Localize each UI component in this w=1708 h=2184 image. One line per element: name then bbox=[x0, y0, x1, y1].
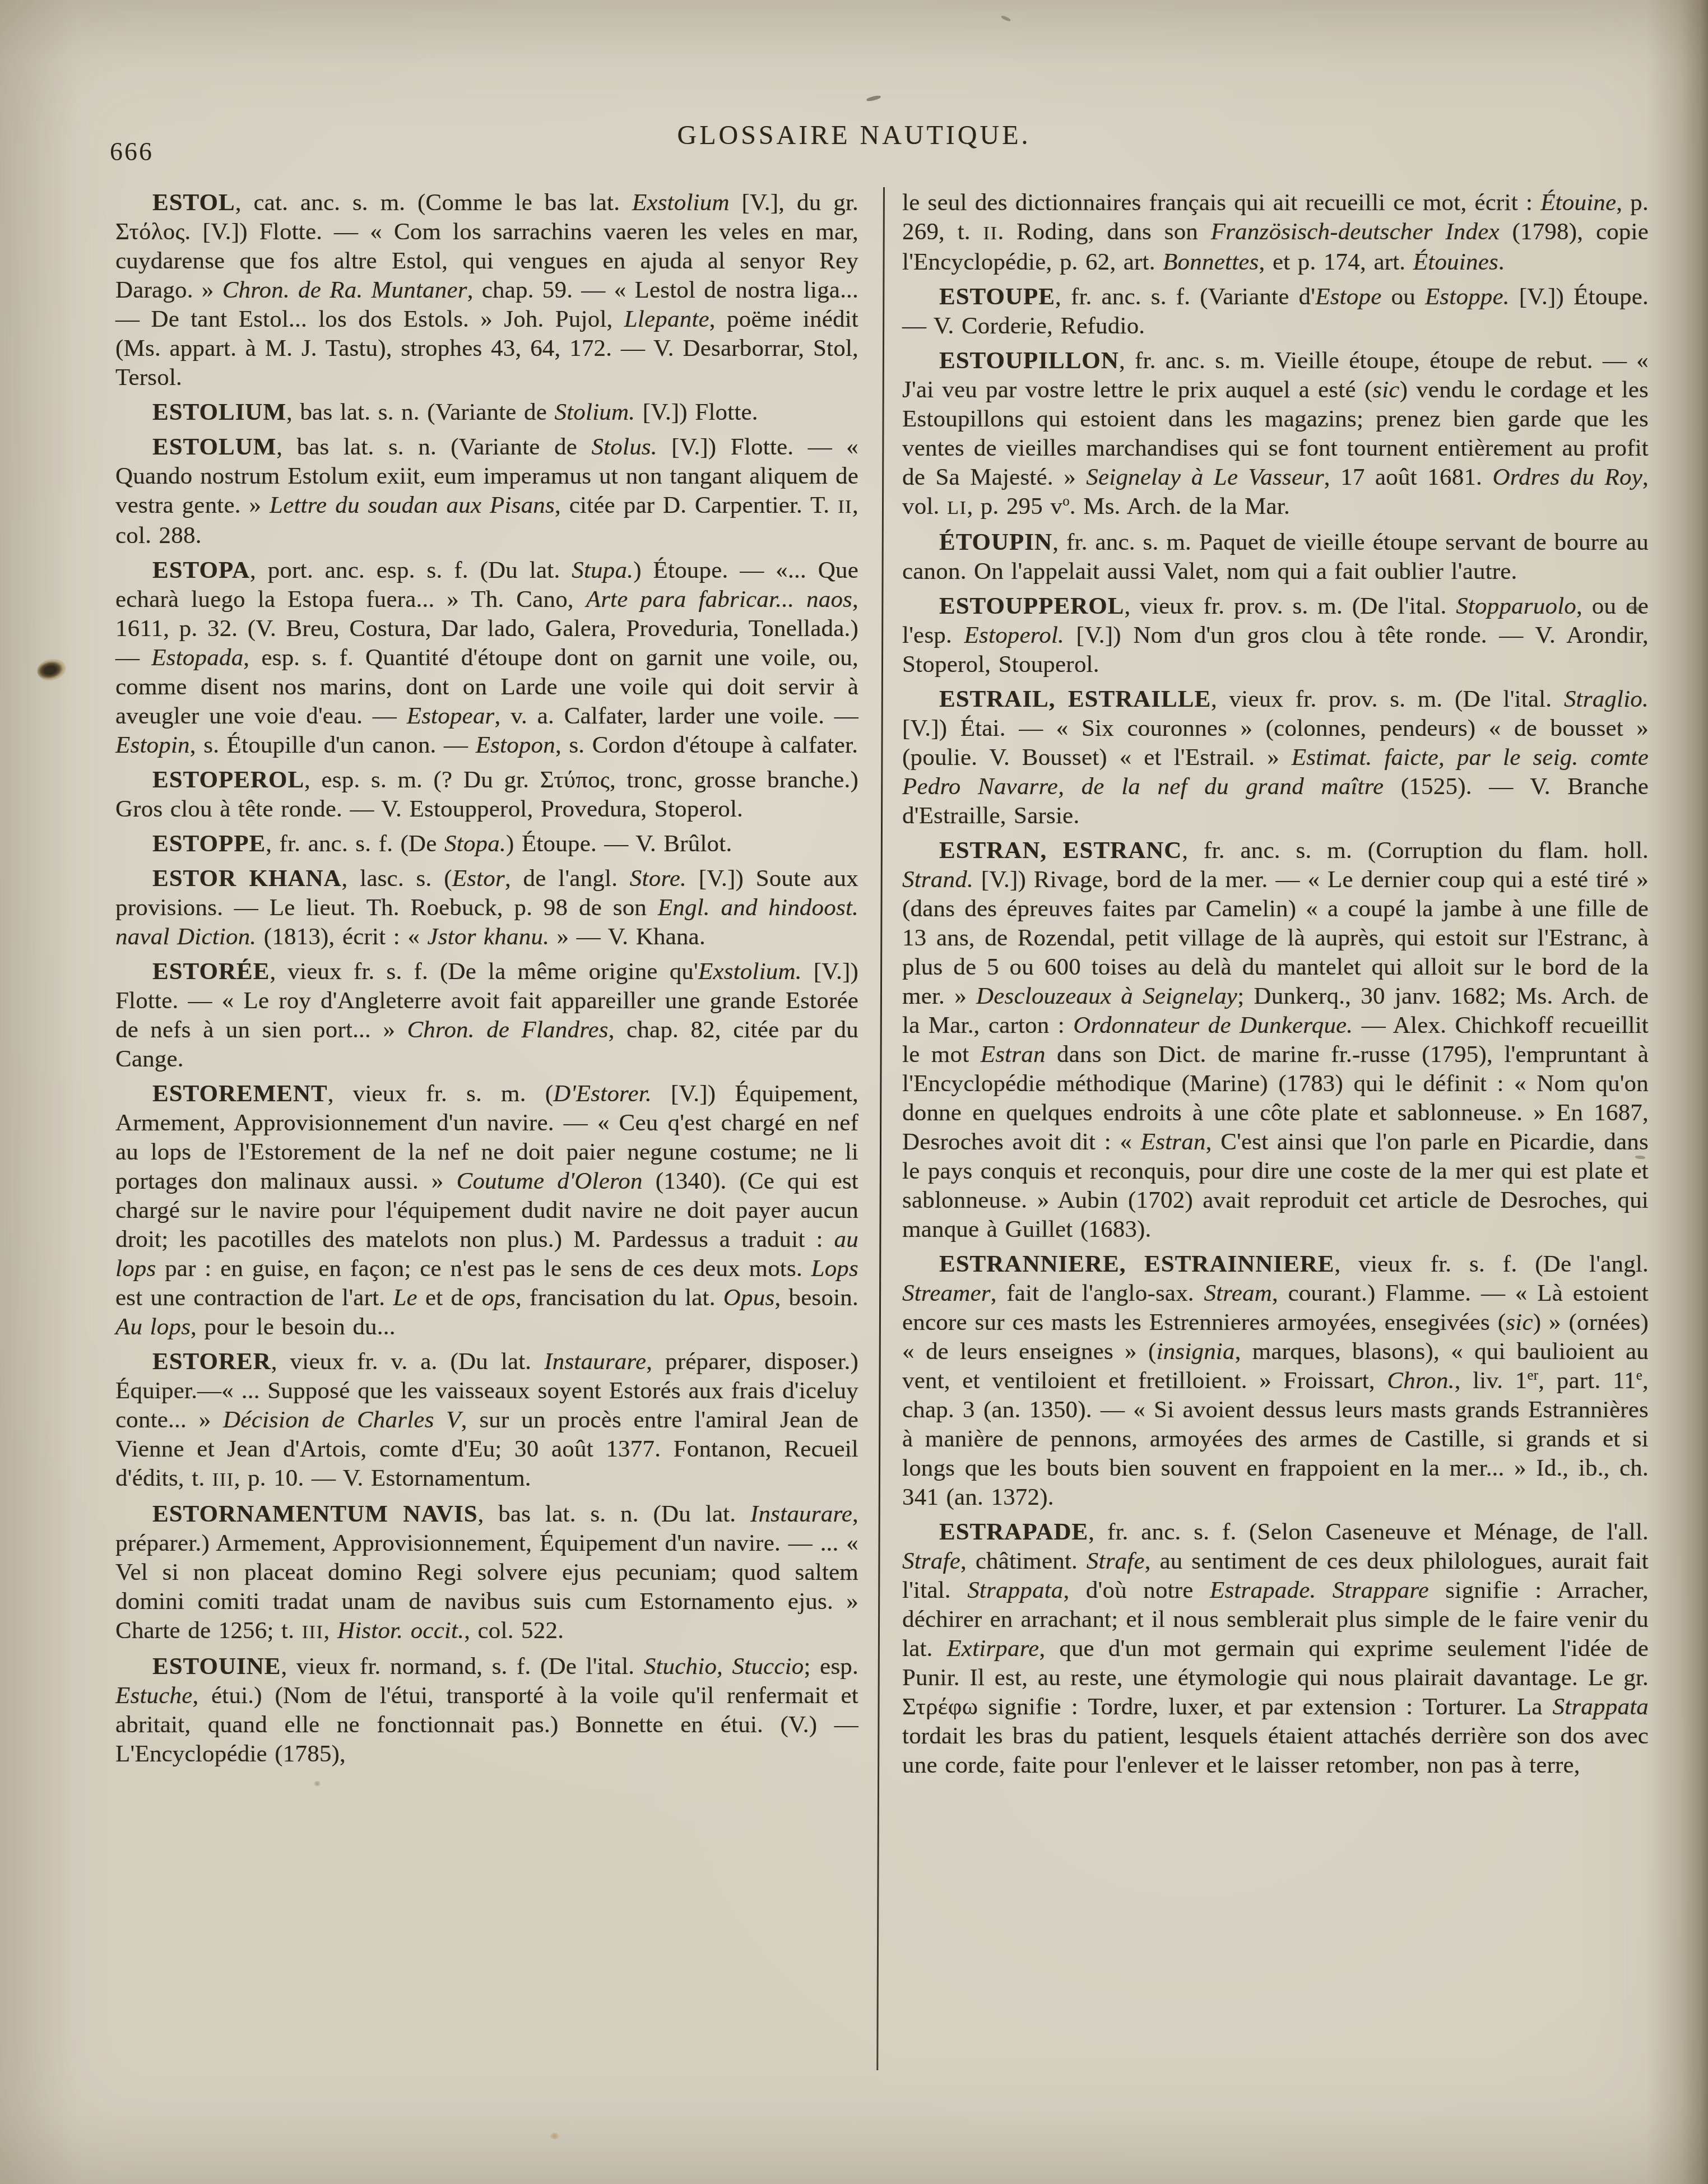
entry-headword: ESTOL bbox=[152, 189, 235, 216]
entry-text: par : en guise, en façon; ce n'est pas l… bbox=[156, 1255, 811, 1282]
entry-headword: ESTOPA bbox=[152, 557, 250, 583]
entry-text: , fr. anc. s. m. (Corruption du flam. ho… bbox=[1182, 837, 1649, 864]
dictionary-entry-paragraph: ESTOLIUM, bas lat. s. n. (Variante de St… bbox=[115, 398, 858, 427]
entry-text: insignia bbox=[1157, 1338, 1235, 1365]
entry-text: , bas lat. s. n. (Variante de bbox=[276, 434, 591, 460]
dictionary-entry-paragraph: ESTOR KHANA, lasc. s. (Estor, de l'angl.… bbox=[115, 864, 858, 952]
entry-headword: ESTOREMENT bbox=[152, 1081, 328, 1107]
entry-text: sic bbox=[1506, 1309, 1533, 1336]
dictionary-entry-paragraph: ÉTOUPIN, fr. anc. s. m. Paquet de vieill… bbox=[902, 528, 1649, 586]
entry-text: Opus bbox=[723, 1285, 775, 1311]
entry-text: Estoperol. bbox=[964, 622, 1064, 648]
entry-headword: ESTOLUM bbox=[152, 434, 276, 460]
entry-text: , v. a. Calfater, larder une voile. — bbox=[495, 703, 858, 729]
entry-text: , p. 295 v bbox=[967, 493, 1062, 520]
entry-text: , pour le besoin du... bbox=[191, 1314, 396, 1340]
entry-text: Histor. occit. bbox=[337, 1617, 464, 1644]
dictionary-entry-paragraph: ESTOUPE, fr. anc. s. f. (Variante d'Esto… bbox=[902, 282, 1649, 341]
entry-text: , s. Cordon d'étoupe à calfater. bbox=[555, 732, 858, 758]
entry-text: tordait les bras du patient, lesquels ét… bbox=[902, 1723, 1649, 1778]
entry-text: , vieux fr. s. f. (De l'angl. bbox=[1334, 1251, 1649, 1277]
paper-speck bbox=[550, 2133, 559, 2139]
entry-text: . bbox=[1498, 249, 1505, 275]
entry-text: er bbox=[1528, 1368, 1539, 1383]
entry-text: Estoppe. bbox=[1425, 284, 1510, 310]
column-divider-rule bbox=[876, 187, 885, 2070]
entry-text: III bbox=[302, 1621, 324, 1643]
entry-text: Seignelay à Le Vasseur bbox=[1086, 464, 1324, 490]
entry-text: LI bbox=[947, 497, 967, 518]
entry-text: Estran bbox=[1141, 1129, 1206, 1155]
entry-text: Étouines bbox=[1413, 249, 1498, 275]
entry-text: Exstolium. bbox=[698, 958, 802, 985]
entry-text: , port. anc. esp. s. f. (Du lat. bbox=[250, 557, 572, 583]
entry-text: Arte para fabricar... naos bbox=[586, 586, 852, 613]
entry-text: Lettre du soudan aux Pisans bbox=[270, 492, 555, 518]
dictionary-entry-paragraph: ESTRAIL, ESTRAILLE, vieux fr. prov. s. m… bbox=[902, 685, 1649, 831]
entry-text: , et p. 174, art. bbox=[1259, 249, 1413, 275]
entry-text: Instaurare bbox=[544, 1348, 646, 1375]
entry-text: , besoin. bbox=[774, 1285, 858, 1311]
entry-text: , citée par D. Carpentier. T. bbox=[555, 492, 838, 518]
dictionary-entry-paragraph: ESTORER, vieux fr. v. a. (Du lat. Instau… bbox=[115, 1347, 858, 1494]
entry-text: , bas lat. s. n. (Variante de bbox=[286, 399, 554, 425]
dictionary-entry-paragraph: ESTOL, cat. anc. s. m. (Comme le bas lat… bbox=[115, 188, 858, 392]
entry-text: [V.]) Flotte. bbox=[635, 399, 758, 425]
paper-speck bbox=[1001, 15, 1011, 22]
dictionary-entry-paragraph: ESTORNAMENTUM NAVIS, bas lat. s. n. (Du … bbox=[115, 1500, 858, 1647]
entry-text: o bbox=[1062, 494, 1070, 509]
entry-text: Bonnettes bbox=[1163, 249, 1259, 275]
entry-text: , francisation du lat. bbox=[516, 1285, 723, 1311]
entry-text: , châtiment. bbox=[960, 1548, 1087, 1574]
running-head-title: GLOSSAIRE NAUTIQUE. bbox=[0, 120, 1708, 151]
scanned-dictionary-page: 666 GLOSSAIRE NAUTIQUE. ESTOL, cat. anc.… bbox=[0, 0, 1708, 2184]
entry-text: , vieux fr. prov. s. m. (De l'ital. bbox=[1124, 593, 1456, 619]
entry-text: Chron. de Ra. Muntaner bbox=[222, 277, 467, 303]
entry-text: , vieux fr. normand, s. f. (De l'ital. bbox=[281, 1653, 643, 1680]
entry-text: Strafe bbox=[902, 1548, 960, 1574]
dictionary-entry-paragraph: le seul des dictionnaires français qui a… bbox=[902, 188, 1649, 277]
entry-text: Estuche bbox=[115, 1682, 193, 1709]
entry-text: III bbox=[212, 1469, 234, 1490]
entry-text: . Ms. Arch. de la Mar. bbox=[1070, 493, 1290, 520]
dictionary-entry-paragraph: ESTOUPPEROL, vieux fr. prov. s. m. (De l… bbox=[902, 592, 1649, 679]
entry-text: , cat. anc. s. m. (Comme le bas lat. bbox=[235, 189, 632, 216]
entry-headword: ESTOUPILLON bbox=[939, 347, 1119, 374]
dictionary-entry-paragraph: ESTOPPE, fr. anc. s. f. (De Stopa.) Étou… bbox=[115, 829, 858, 859]
entry-headword: ESTOLIUM bbox=[152, 399, 286, 425]
entry-text: Stopa. bbox=[444, 831, 506, 857]
entry-headword: ESTOUPPEROL bbox=[939, 593, 1124, 619]
entry-text: et de bbox=[417, 1285, 482, 1311]
dictionary-entry-paragraph: ESTRAPADE, fr. anc. s. f. (Selon Caseneu… bbox=[902, 1518, 1649, 1780]
entry-text: , s. Étoupille d'un canon. — bbox=[190, 732, 476, 758]
entry-text: e bbox=[1636, 1368, 1642, 1383]
entry-text: Instaurare bbox=[750, 1501, 852, 1527]
entry-text: Exstolium bbox=[632, 189, 730, 216]
entry-text: , lasc. s. ( bbox=[342, 865, 452, 892]
entry-text: . Roding, dans son bbox=[997, 219, 1210, 245]
entry-text: , 17 août 1681. bbox=[1324, 464, 1493, 490]
entry-text: , vieux fr. prov. s. m. (De l'ital. bbox=[1211, 686, 1564, 712]
entry-text: , vieux fr. v. a. (Du lat. bbox=[271, 1348, 544, 1375]
entry-text: Stopparuolo bbox=[1456, 593, 1576, 619]
entry-text: Stupa. bbox=[572, 557, 633, 583]
entry-text: ops bbox=[482, 1285, 516, 1311]
entry-text: Estrapade. Strappare bbox=[1210, 1577, 1429, 1603]
entry-text: Straglio. bbox=[1564, 686, 1649, 712]
entry-text: Streamer bbox=[902, 1280, 991, 1306]
entry-text: Strappata bbox=[967, 1577, 1063, 1603]
entry-text: Strappata bbox=[1553, 1694, 1649, 1720]
entry-headword: ESTORER bbox=[152, 1348, 271, 1375]
entry-headword: ÉTOUPIN bbox=[939, 529, 1052, 555]
entry-text: Französisch-deutscher Index bbox=[1211, 219, 1500, 245]
entry-text: Strafe bbox=[1087, 1548, 1145, 1574]
entry-headword: ESTRANNIERE, ESTRAINNIERE bbox=[939, 1251, 1334, 1277]
entry-text: , fr. anc. s. f. (De bbox=[266, 831, 444, 857]
entry-text: Stolium. bbox=[554, 399, 635, 425]
entry-text: II bbox=[983, 222, 997, 244]
page-edge-shadow bbox=[1646, 0, 1708, 2184]
dictionary-entry-paragraph: ESTOREMENT, vieux fr. s. m. (D'Estorer. … bbox=[115, 1079, 858, 1342]
entry-text: le seul des dictionnaires français qui a… bbox=[902, 189, 1540, 216]
entry-text: Stuchio, Stuccio bbox=[644, 1653, 804, 1680]
entry-headword: ESTOR KHANA bbox=[152, 865, 342, 892]
entry-text: » — V. Khana. bbox=[549, 924, 706, 950]
entry-text: II bbox=[838, 496, 852, 517]
entry-text: ; esp. bbox=[804, 1653, 859, 1680]
entry-text: Décision de Charles V bbox=[223, 1407, 461, 1433]
dictionary-entry-paragraph: ESTOPEROL, esp. s. m. (? Du gr. Στύπος, … bbox=[115, 766, 858, 824]
entry-text: , fr. anc. s. f. (Selon Caseneuve et Mén… bbox=[1088, 1519, 1649, 1545]
entry-text: Extirpare bbox=[946, 1635, 1039, 1662]
entry-text: Estran bbox=[981, 1041, 1046, 1068]
entry-text: est une contraction de l'art. bbox=[115, 1285, 393, 1311]
entry-headword: ESTOPEROL bbox=[152, 767, 304, 793]
entry-text: Le bbox=[393, 1285, 417, 1311]
dictionary-entry-paragraph: ESTORÉE, vieux fr. s. f. (De la même ori… bbox=[115, 957, 858, 1074]
entry-headword: ESTORÉE bbox=[152, 958, 270, 985]
entry-text: , bbox=[324, 1617, 337, 1644]
entry-text: , fait de l'anglo-sax. bbox=[991, 1280, 1204, 1306]
dictionary-entry-paragraph: ESTRAN, ESTRANC, fr. anc. s. m. (Corrupt… bbox=[902, 836, 1649, 1244]
entry-text: , fr. anc. s. f. (Variante d' bbox=[1055, 284, 1315, 310]
entry-text: Stream bbox=[1204, 1280, 1272, 1306]
entry-headword: ESTOUPE bbox=[939, 284, 1055, 310]
entry-text: , p. 10. — V. Estornamentum. bbox=[234, 1465, 531, 1491]
paper-speck bbox=[866, 95, 881, 102]
entry-text: Étouine bbox=[1540, 189, 1616, 216]
entry-headword: ESTORNAMENTUM NAVIS bbox=[152, 1501, 478, 1527]
entry-text: Jstor khanu. bbox=[428, 924, 550, 950]
entry-text: sic bbox=[1372, 377, 1399, 403]
entry-headword: ESTRAN, ESTRANC bbox=[939, 837, 1182, 864]
entry-text: Estopin bbox=[115, 732, 190, 758]
text-column-left: ESTOL, cat. anc. s. m. (Comme le bas lat… bbox=[115, 188, 858, 1774]
entry-text: Strand. bbox=[902, 866, 973, 893]
entry-text: ou bbox=[1381, 284, 1424, 310]
dictionary-entry-paragraph: ESTRANNIERE, ESTRAINNIERE, vieux fr. s. … bbox=[902, 1250, 1649, 1512]
entry-text: , étui.) (Nom de l'étui, transporté à la… bbox=[115, 1682, 858, 1767]
dictionary-entry-paragraph: ESTOUINE, vieux fr. normand, s. f. (De l… bbox=[115, 1652, 858, 1769]
entry-text: Estopada bbox=[151, 644, 243, 671]
entry-text: Estopear bbox=[407, 703, 495, 729]
entry-text: , col. 522. bbox=[464, 1617, 564, 1644]
entry-headword: ESTRAIL, ESTRAILLE bbox=[939, 686, 1211, 712]
entry-text: Estope bbox=[1315, 284, 1381, 310]
ink-blot-stain bbox=[35, 656, 68, 683]
entry-headword: ESTOPPE bbox=[152, 831, 266, 857]
entry-text: , de l'angl. bbox=[505, 865, 630, 892]
entry-text: Estor bbox=[452, 865, 505, 892]
entry-text: , bas lat. s. n. (Du lat. bbox=[478, 1501, 750, 1527]
entry-text: Store. bbox=[630, 865, 686, 892]
entry-text: , part. 11 bbox=[1538, 1367, 1636, 1394]
entry-text: Stolus. bbox=[591, 434, 657, 460]
dictionary-entry-paragraph: ESTOPA, port. anc. esp. s. f. (Du lat. S… bbox=[115, 556, 858, 760]
entry-text: Llepante bbox=[624, 306, 709, 332]
entry-text: ) Étoupe. — V. Brûlot. bbox=[506, 831, 732, 857]
dictionary-entry-paragraph: ESTOLUM, bas lat. s. n. (Variante de Sto… bbox=[115, 433, 858, 550]
dictionary-entry-paragraph: ESTOUPILLON, fr. anc. s. m. Vieille étou… bbox=[902, 346, 1649, 522]
entry-text: Estopon bbox=[476, 732, 555, 758]
entry-text: (1813), écrit : « bbox=[256, 924, 427, 950]
entry-text: Lops bbox=[811, 1255, 858, 1282]
entry-text: , liv. 1 bbox=[1455, 1367, 1528, 1394]
entry-headword: ESTRAPADE bbox=[939, 1519, 1088, 1545]
entry-text: Coutume d'Oleron bbox=[457, 1168, 643, 1194]
entry-text: D'Estorer. bbox=[553, 1081, 652, 1107]
entry-text: Desclouzeaux à Seignelay bbox=[976, 983, 1237, 1009]
paper-speck bbox=[314, 1781, 321, 1786]
entry-text: , vieux fr. s. f. (De la même origine qu… bbox=[270, 958, 698, 985]
entry-text: Chron. de Flandres bbox=[407, 1017, 608, 1043]
entry-text: Chron. bbox=[1387, 1367, 1454, 1394]
entry-text: Ordonnateur de Dunkerque. bbox=[1073, 1012, 1353, 1038]
entry-text: Au lops bbox=[115, 1314, 191, 1340]
entry-text: , vieux fr. s. m. ( bbox=[328, 1081, 554, 1107]
entry-text: , d'où notre bbox=[1064, 1577, 1210, 1603]
entry-text: Ordres du Roy bbox=[1492, 464, 1642, 490]
entry-headword: ESTOUINE bbox=[152, 1653, 281, 1680]
text-column-right: le seul des dictionnaires français qui a… bbox=[902, 188, 1649, 1786]
